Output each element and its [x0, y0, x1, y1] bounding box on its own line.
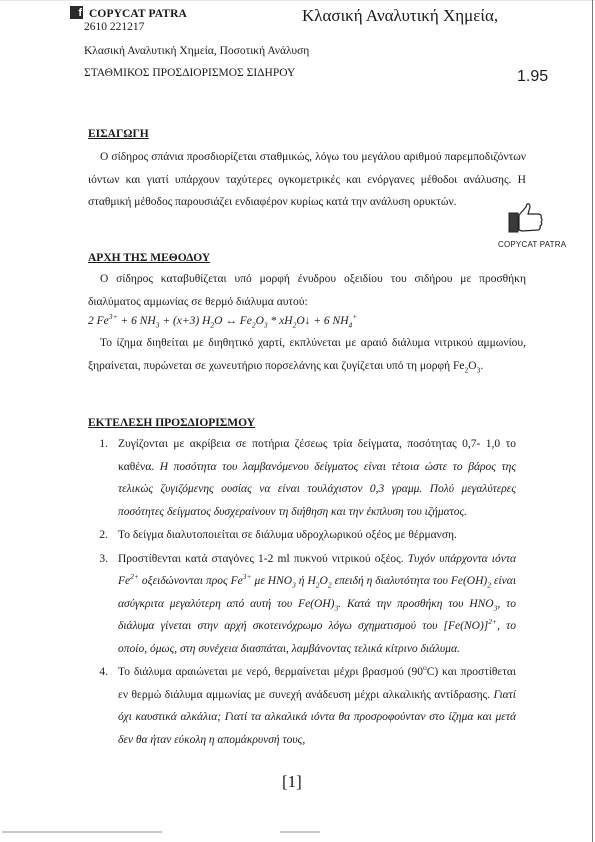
- document-code: 1.95: [517, 68, 548, 86]
- step-text: Προστίθενται κατά σταγόνες 1-2 ml πυκνού…: [118, 548, 516, 661]
- scan-artifact: [2, 831, 162, 833]
- page-number: [1]: [282, 772, 302, 792]
- course-name: Κλασική Αναλυτική Χημεία, Ποσοτική Ανάλυ…: [84, 45, 309, 57]
- filtration-paragraph: Το ίζημα διηθείται με διηθητικό χαρτί, ε…: [88, 332, 526, 377]
- procedure-step: 1. Ζυγίζονται με ακρίβεια σε ποτήρια ζέσ…: [88, 433, 526, 523]
- brand-name: COPYCAT PATRA: [89, 8, 187, 20]
- step-text: Το διάλυμα αραιώνεται με νερό, θερμαίνετ…: [118, 661, 516, 751]
- thumbs-up-icon: [508, 203, 556, 233]
- phone-number: 2610 221217: [84, 21, 144, 33]
- intro-paragraph: Ο σίδηρος σπάνια προσδιορίζεται σταθμικώ…: [88, 146, 526, 214]
- section-heading-intro: ΕΙΣΑΓΩΓΗ: [88, 128, 149, 140]
- step-number: 1.: [88, 433, 118, 523]
- section-heading-principle: ΑΡΧΗ ΤΗΣ ΜΕΘΟΔΟΥ: [88, 252, 210, 264]
- procedure-step: 2. Το δείγμα διαλυτοποιείται σε διάλυμα …: [88, 524, 526, 547]
- document-topic: ΣΤΑΘΜΙΚΟΣ ΠΡΟΣΔΙΟΡΙΣΜΟΣ ΣΙΔΗΡΟΥ: [84, 67, 295, 79]
- step-text: Το δείγμα διαλυτοποιείται σε διάλυμα υδρ…: [118, 524, 516, 547]
- step-number: 2.: [88, 524, 118, 547]
- step-number: 3.: [88, 548, 118, 661]
- page-right-border: [592, 0, 593, 842]
- procedure-step: 4. Το διάλυμα αραιώνεται με νερό, θερμαί…: [88, 661, 526, 751]
- watermark-label: COPYCAT PATRA: [498, 240, 566, 249]
- document-header-title: Κλασική Αναλυτική Χημεία,: [302, 6, 498, 26]
- procedure-step: 3. Προστίθενται κατά σταγόνες 1-2 ml πυκ…: [88, 548, 526, 661]
- step-text: Ζυγίζονται με ακρίβεια σε ποτήρια ζέσεως…: [118, 433, 516, 523]
- principle-paragraph: Ο σίδηρος καταβυθίζεται υπό μορφή ένυδρο…: [88, 268, 526, 313]
- section-heading-procedure: ΕΚΤΕΛΕΣΗ ΠΡΟΣΔΙΟΡΙΣΜΟΥ: [88, 417, 255, 429]
- procedure-steps: 1. Ζυγίζονται με ακρίβεια σε ποτήρια ζέσ…: [88, 433, 526, 751]
- precipitation-equation: 2 Fe3+ + 6 NH3 + (x+3) H2O ↔ Fe2O3 * xH2…: [88, 315, 357, 327]
- page-top-edge: [0, 0, 595, 1]
- facebook-icon: f: [70, 6, 83, 19]
- step-number: 4.: [88, 661, 118, 751]
- scan-artifact: [280, 831, 320, 833]
